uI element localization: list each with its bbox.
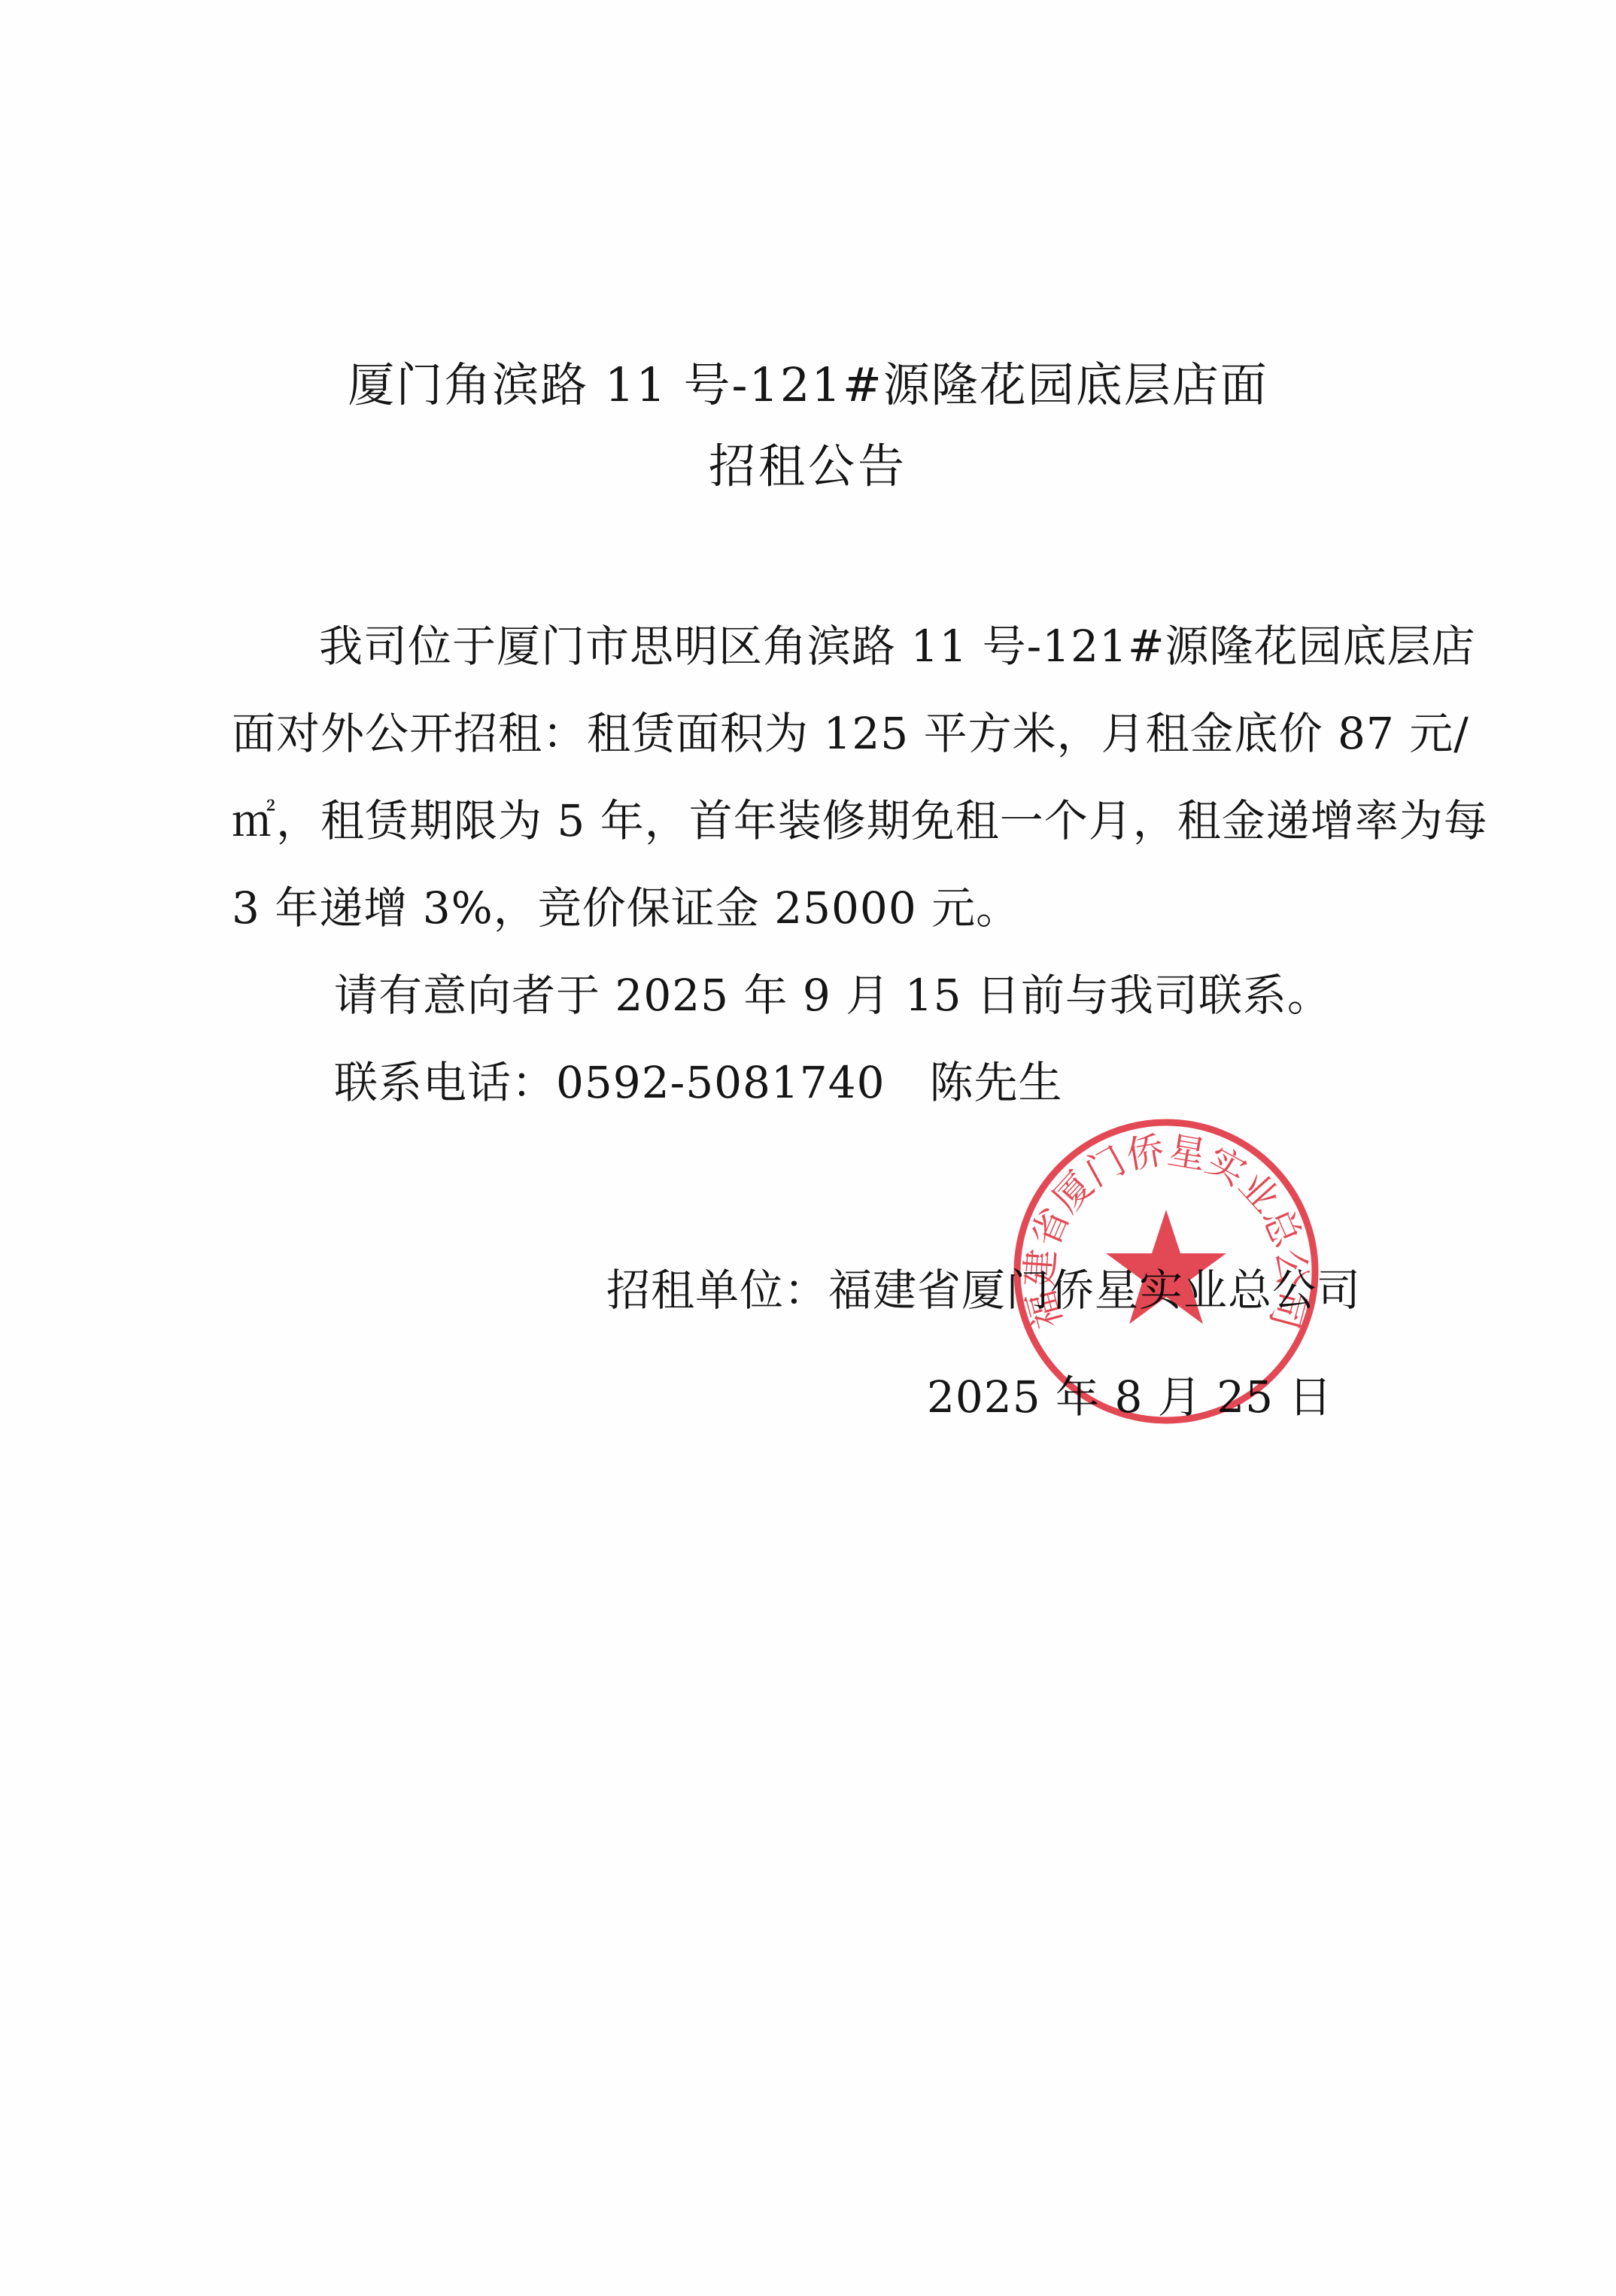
deadline-paragraph: 请有意向者于 2025 年 9 月 15 日前与我司联系。 — [334, 960, 1332, 1023]
body-paragraph-line: 面对外公开招租：租赁面积为 125 平方米，月租金底价 87 元/ — [232, 698, 1469, 761]
document-page: 厦门角滨路 11 号-121#源隆花园底层店面 招租公告 我司位于厦门市思明区角… — [0, 0, 1616, 2296]
contact-line: 联系电话：0592-5081740 陈先生 — [334, 1047, 1063, 1110]
company-seal-stamp: 福建省厦门侨星实业总公司 — [1008, 1113, 1324, 1429]
body-paragraph-line: ㎡，租赁期限为 5 年，首年装修期免租一个月，租金递增率为每 — [232, 785, 1488, 849]
notice-title: 厦门角滨路 11 号-121#源隆花园底层店面 — [0, 348, 1616, 415]
star-icon — [1106, 1210, 1226, 1324]
body-paragraph-line: 3 年递增 3%，竞价保证金 25000 元。 — [232, 873, 1020, 936]
notice-subtitle: 招租公告 — [0, 429, 1616, 496]
body-paragraph-line: 我司位于厦门市思明区角滨路 11 号-121#源隆花园底层店 — [319, 611, 1476, 674]
